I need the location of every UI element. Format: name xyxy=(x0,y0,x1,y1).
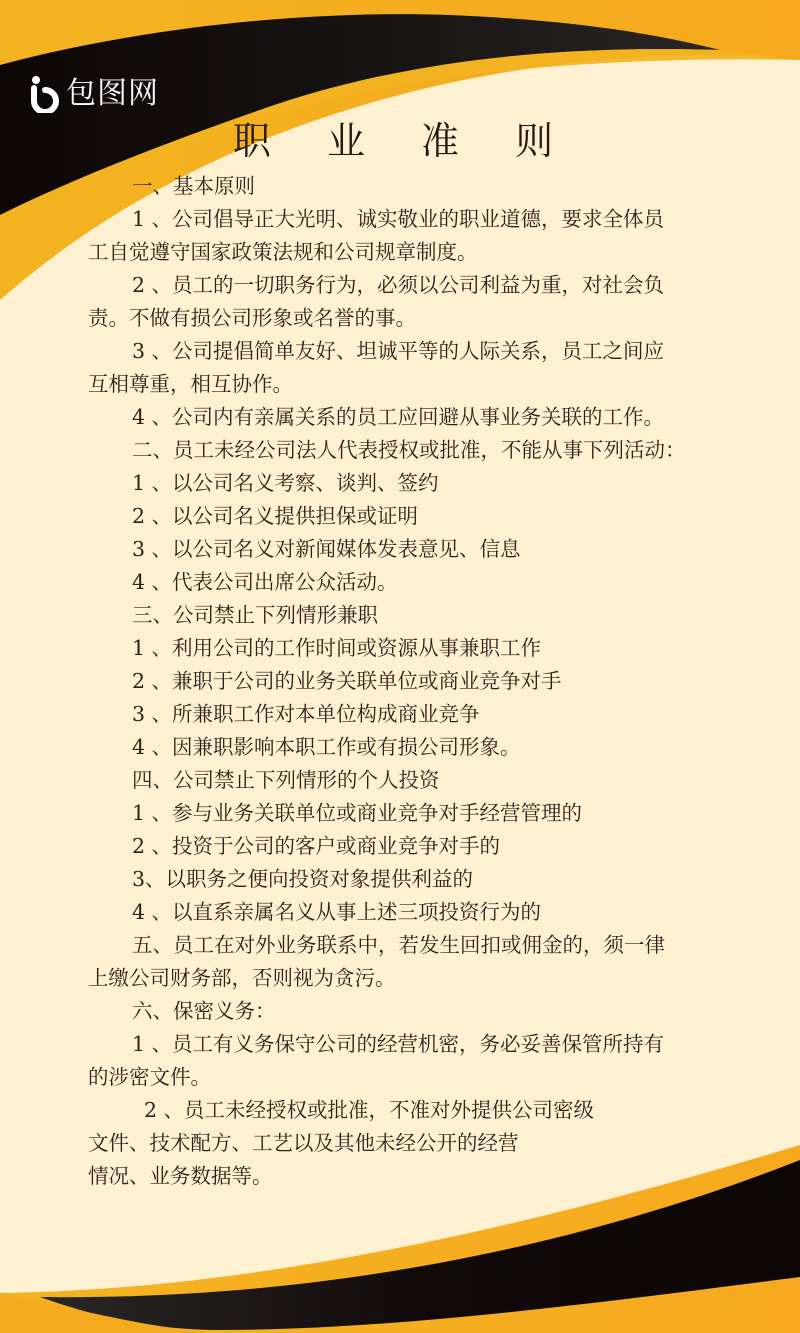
brand-logo: 包图网 xyxy=(30,74,159,114)
text-line: 四、公司禁止下列情形的个人投资 xyxy=(88,764,728,797)
text-line: 工自觉遵守国家政策法规和公司规章制度。 xyxy=(88,236,728,269)
text-line: 1 、参与业务关联单位或商业竞争对手经营管理的 xyxy=(88,797,728,830)
text-line: 2 、以公司名义提供担保或证明 xyxy=(88,500,728,533)
text-line: 一、基本原则 xyxy=(88,170,728,203)
text-line: 3、以职务之便向投资对象提供利益的 xyxy=(88,863,728,896)
text-line: 4 、公司内有亲属关系的员工应回避从事业务关联的工作。 xyxy=(88,401,728,434)
text-line: 2 、员工的一切职务行为，必须以公司利益为重，对社会负 xyxy=(88,269,728,302)
text-line: 3 、以公司名义对新闻媒体发表意见、信息 xyxy=(88,533,728,566)
text-line: 1 、公司倡导正大光明、诚实敬业的职业道德，要求全体员 xyxy=(88,203,728,236)
text-line: 1 、以公司名义考察、谈判、签约 xyxy=(88,467,728,500)
text-line: 3 、所兼职工作对本单位构成商业竞争 xyxy=(88,698,728,731)
document-body: 一、基本原则1 、公司倡导正大光明、诚实敬业的职业道德，要求全体员工自觉遵守国家… xyxy=(88,170,728,1193)
text-line: 的涉密文件。 xyxy=(88,1061,728,1094)
text-line: 责。不做有损公司形象或名誉的事。 xyxy=(88,302,728,335)
brand-name: 包图网 xyxy=(66,74,159,114)
text-line: 2 、投资于公司的客户或商业竞争对手的 xyxy=(88,830,728,863)
text-line: 互相尊重，相互协作。 xyxy=(88,368,728,401)
text-line: 3 、公司提倡简单友好、坦诚平等的人际关系，员工之间应 xyxy=(88,335,728,368)
text-line: 4 、以直系亲属名义从事上述三项投资行为的 xyxy=(88,896,728,929)
page-title: 职 业 准 则 xyxy=(0,114,800,168)
text-line: 1 、员工有义务保守公司的经营机密，务必妥善保管所持有 xyxy=(88,1028,728,1061)
text-line: 1 、利用公司的工作时间或资源从事兼职工作 xyxy=(88,632,728,665)
text-line: 上缴公司财务部，否则视为贪污。 xyxy=(88,962,728,995)
text-line: 2 、兼职于公司的业务关联单位或商业竞争对手 xyxy=(88,665,728,698)
text-line: 二、员工未经公司法人代表授权或批准，不能从事下列活动： xyxy=(88,434,728,467)
text-line: 六、保密义务： xyxy=(88,995,728,1028)
text-line: 4 、因兼职影响本职工作或有损公司形象。 xyxy=(88,731,728,764)
text-line: 三、公司禁止下列情形兼职 xyxy=(88,599,728,632)
baotu-logo-icon xyxy=(30,75,62,113)
text-line: 文件、技术配方、工艺以及其他未经公开的经营 xyxy=(88,1127,728,1160)
text-line: 情况、业务数据等。 xyxy=(88,1160,728,1193)
text-line: 五、员工在对外业务联系中，若发生回扣或佣金的，须一律 xyxy=(88,929,728,962)
text-line: 2 、员工未经授权或批准，不准对外提供公司密级 xyxy=(88,1094,728,1127)
text-line: 4 、代表公司出席公众活动。 xyxy=(88,566,728,599)
